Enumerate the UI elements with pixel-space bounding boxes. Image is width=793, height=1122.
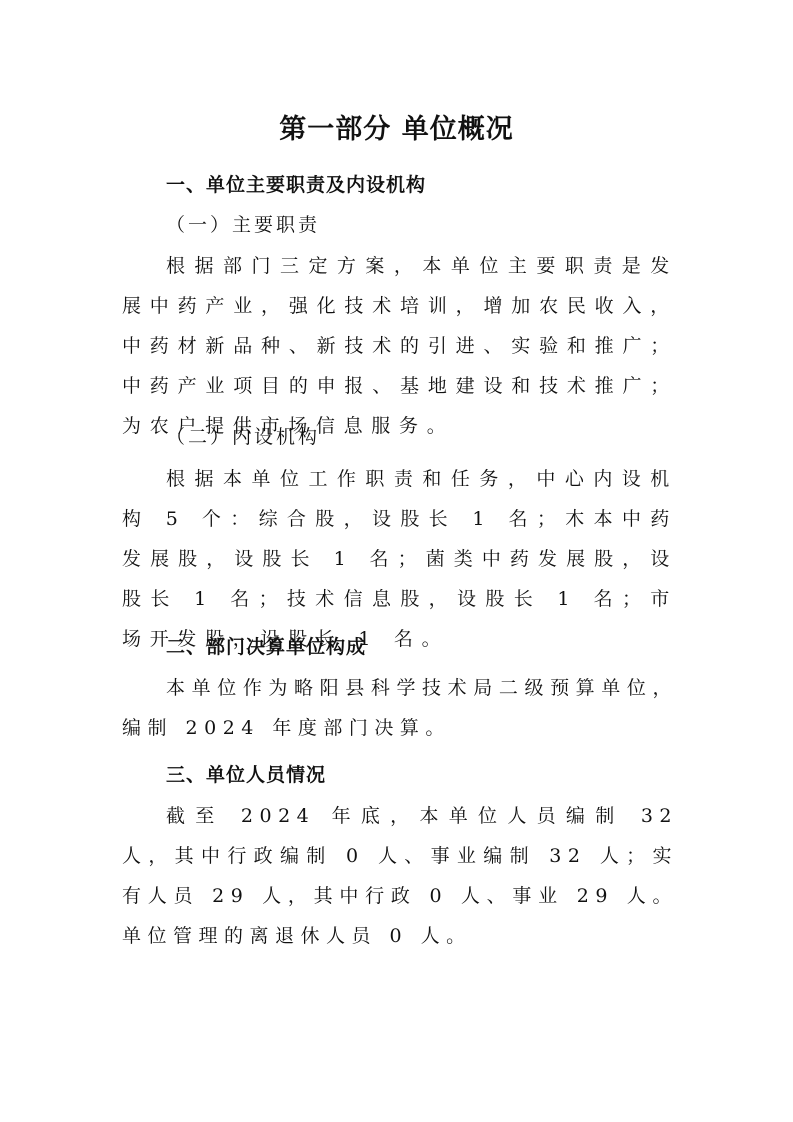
main-duties-paragraph: 根据部门三定方案，本单位主要职责是发展中药产业，强化技术培训，增加农民收入，中药…	[122, 246, 678, 446]
section-3-heading-wrap: 三、单位人员情况	[122, 760, 678, 787]
document-page: 第一部分 单位概况 一、单位主要职责及内设机构 （一）主要职责 根据部门三定方案…	[0, 0, 793, 1122]
internal-structure-body-wrap: 根据本单位工作职责和任务，中心内设机构 5 个：综合股，设股长 1 名；木本中药…	[122, 459, 678, 659]
personnel-body-wrap: 截至 2024 年底，本单位人员编制 32 人，其中行政编制 0 人、事业编制 …	[122, 796, 678, 956]
subsection-2-heading-wrap: （二）内设机构	[122, 422, 678, 449]
section-heading-unit-composition: 二、部门决算单位构成	[166, 632, 678, 659]
subsection-heading-main-duties: （一）主要职责	[166, 210, 678, 237]
main-duties-body-wrap: 根据部门三定方案，本单位主要职责是发展中药产业，强化技术培训，增加农民收入，中药…	[122, 246, 678, 446]
page-title: 第一部分 单位概况	[0, 107, 793, 146]
subsection-1-heading-wrap: （一）主要职责	[122, 210, 678, 237]
section-1-heading-wrap: 一、单位主要职责及内设机构	[122, 170, 678, 197]
unit-composition-paragraph: 本单位作为略阳县科学技术局二级预算单位，编制 2024 年度部门决算。	[122, 668, 678, 748]
unit-composition-body-wrap: 本单位作为略阳县科学技术局二级预算单位，编制 2024 年度部门决算。	[122, 668, 678, 748]
internal-structure-paragraph: 根据本单位工作职责和任务，中心内设机构 5 个：综合股，设股长 1 名；木本中药…	[122, 459, 678, 659]
section-heading-duties-and-structure: 一、单位主要职责及内设机构	[166, 170, 678, 197]
section-heading-personnel: 三、单位人员情况	[166, 760, 678, 787]
personnel-paragraph: 截至 2024 年底，本单位人员编制 32 人，其中行政编制 0 人、事业编制 …	[122, 796, 678, 956]
section-2-heading-wrap: 二、部门决算单位构成	[122, 632, 678, 659]
subsection-heading-internal-structure: （二）内设机构	[166, 422, 678, 449]
